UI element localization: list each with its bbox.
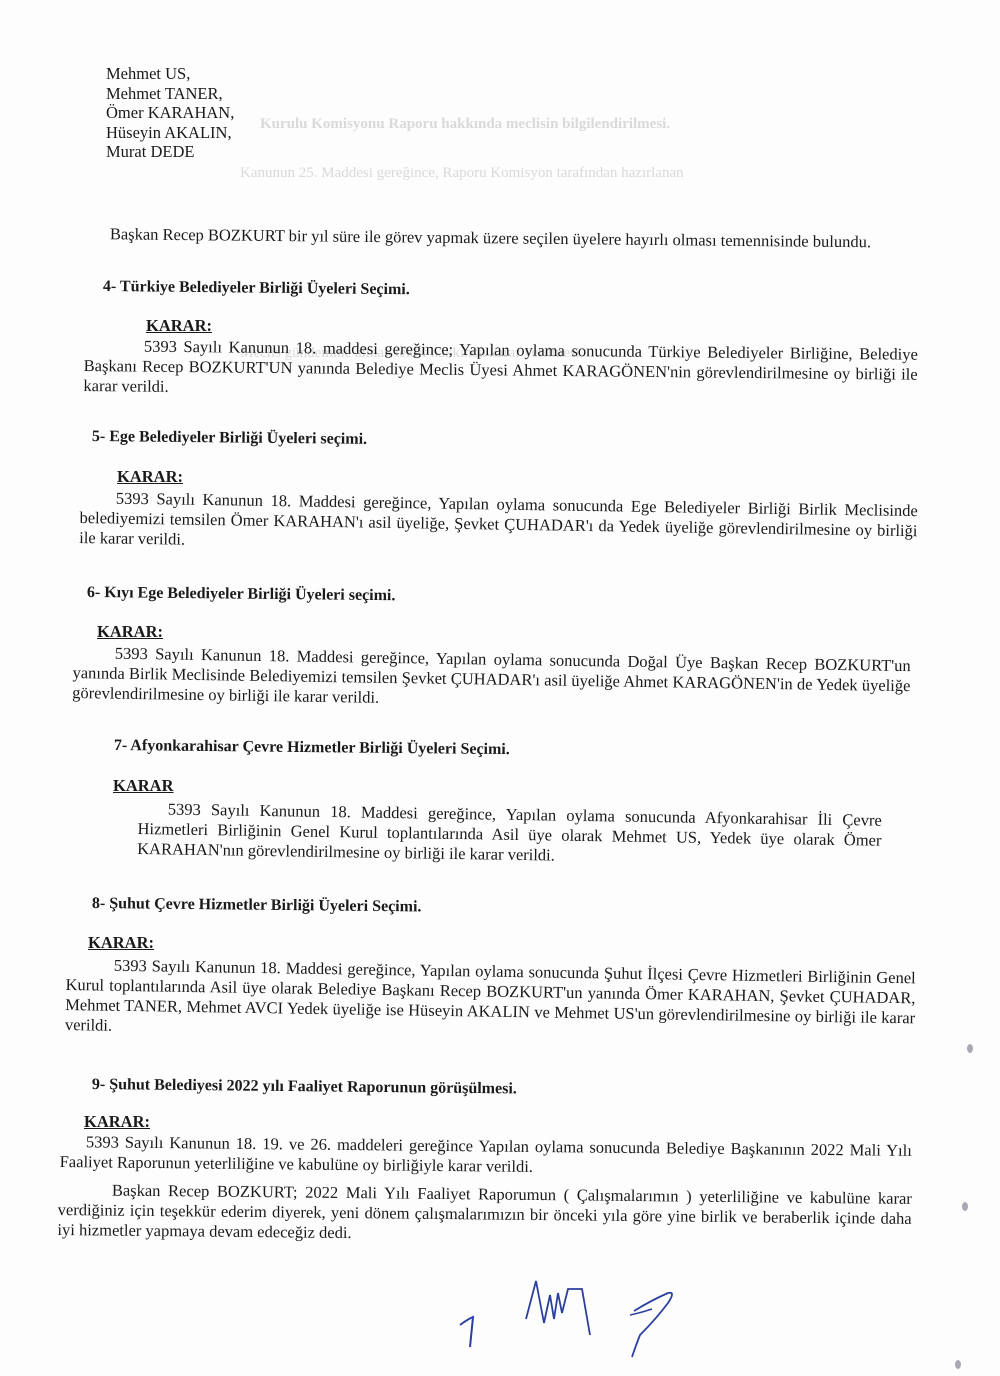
karar-label: KARAR: [84,1112,150,1132]
karar-label: KARAR [113,776,174,796]
member-name: Mehmet TANER, [106,84,234,104]
punch-hole-mark [967,1044,973,1053]
section-body-7: 5393 Sayılı Kanunun 18. Maddesi gereğinc… [137,799,882,871]
section-body-9-speech: Başkan Recep BOZKURT; 2022 Mali Yılı Faa… [57,1180,912,1249]
bleed-through-text: Kanunun 25. Maddesi gereğince, Raporu Ko… [240,165,684,182]
section-heading-8: 8- Şuhut Çevre Hizmetler Birliği Üyeleri… [92,895,422,916]
section-body-6: 5393 Sayılı Kanunun 18. Maddesi gereğinc… [72,643,911,716]
member-name: Hüseyin AKALIN, [106,123,234,143]
member-name: Murat DEDE [106,142,234,162]
karar-label: KARAR: [146,316,212,336]
section-heading-4: 4- Türkiye Belediyeler Birliği Üyeleri S… [103,278,410,299]
section-heading-5: 5- Ege Belediyeler Birliği Üyeleri seçim… [92,428,367,449]
section-body-4: 5393 Sayılı Kanunun 18. maddesi gereğinc… [83,336,918,405]
section-body-8: 5393 Sayılı Kanunun 18. Maddesi gereğinc… [65,955,916,1048]
punch-hole-mark [962,1202,968,1211]
bleed-through-text: Kurulu Komisyonu Raporu hakkında meclisi… [260,116,670,133]
intro-paragraph: Başkan Recep BOZKURT bir yıl süre ile gö… [82,224,920,253]
section-body-5: 5393 Sayılı Kanunun 18. Maddesi gereğinc… [79,488,918,561]
punch-hole-mark [955,1360,961,1369]
section-body-9: 5393 Sayılı Kanunun 18. 19. ve 26. madde… [60,1132,912,1181]
karar-label: KARAR: [97,622,163,642]
members-list: Mehmet US, Mehmet TANER, Ömer KARAHAN, H… [106,64,234,162]
member-name: Mehmet US, [106,64,234,84]
scanned-document-page: Kurulu Komisyonu Raporu hakkında meclisi… [0,0,1000,1376]
karar-label: KARAR: [88,933,154,953]
section-heading-7: 7- Afyonkarahisar Çevre Hizmetler Birliğ… [114,737,510,759]
signatures-icon [440,1275,720,1370]
karar-label: KARAR: [117,467,183,487]
member-name: Ömer KARAHAN, [106,103,234,123]
section-heading-6: 6- Kıyı Ege Belediyeler Birliği Üyeleri … [87,584,396,605]
section-heading-9: 9- Şuhut Belediyesi 2022 yılı Faaliyet R… [92,1076,517,1098]
